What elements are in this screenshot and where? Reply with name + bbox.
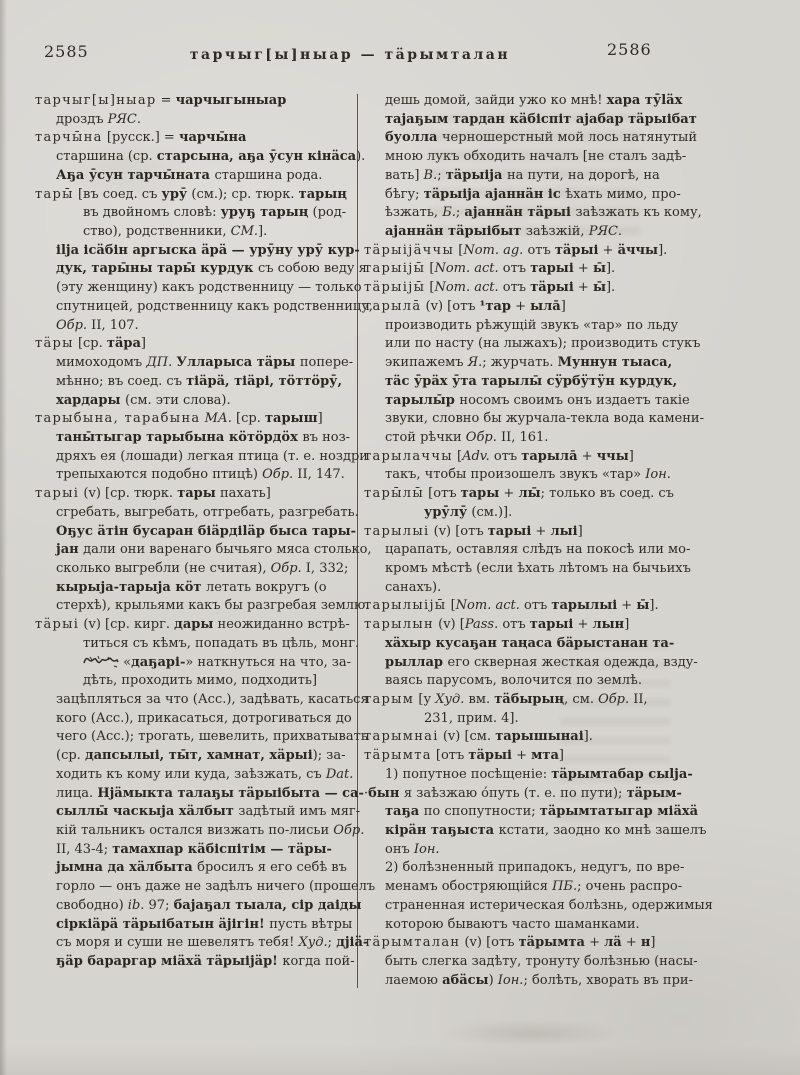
dict-text-segment: II, 107.	[87, 318, 139, 333]
dict-line: мимоходомъ ДП. Улларыса тӓры попере-	[35, 354, 355, 373]
dict-text-segment: тӓрыіjӓччы	[364, 243, 454, 258]
dict-text-segment: jымна да хӓлбыта	[56, 860, 197, 875]
dict-text-segment: тарылыі	[551, 598, 617, 613]
dict-line: 2) болѣзненный припадокъ, недугъ, по вре…	[364, 859, 666, 878]
dict-text-segment: ].	[658, 243, 667, 258]
dict-text-segment: таҕа	[385, 804, 424, 819]
dict-line: тӓрыі (v) [ср. кирг. дары неожиданно вст…	[35, 616, 355, 635]
dict-text-segment: (см.); ср. тюрк.	[187, 187, 298, 202]
dict-text-segment: [ср.	[232, 411, 265, 426]
dict-text-segment: тарыі	[35, 486, 79, 501]
dict-line: тӓрыіjы̄ [Nom. act. отъ тӓрыі + ы̄].	[364, 279, 666, 298]
dict-text-segment: онъ	[385, 842, 414, 857]
dict-line: тӓры [ср. тӓра]	[35, 335, 355, 354]
dict-text-segment: горло — онъ даже не задѣлъ ничего (проше…	[56, 879, 375, 894]
dict-text-segment: тарышынаі	[495, 729, 583, 744]
dict-text-segment: » наткнуться на что, за-	[185, 655, 351, 670]
dict-text-segment: тарың	[299, 187, 347, 202]
dict-text-segment: сгребать, выгребать, отгребать, разгреба…	[56, 505, 359, 520]
dict-line: рыллар его скверная жесткая одежда, взду…	[364, 654, 666, 673]
dict-text-segment: РЯС.	[589, 224, 622, 239]
dict-line: титься съ кѣмъ, попадать въ цѣль, монг.	[35, 635, 355, 654]
dict-text-segment: ; журчать.	[482, 355, 557, 370]
dict-text-segment: СМ.	[231, 224, 258, 239]
dict-text-segment: тарыі	[530, 261, 574, 276]
dict-text-segment: (ср.	[56, 748, 85, 763]
dict-line: Аҕа ӯсун тарчы̄ната старшина рода.	[35, 167, 355, 186]
dict-line: буолла черношерстный мой лось натянутый	[364, 129, 666, 148]
dict-line: лаемою абӓсы) Іон.; болѣть, хворать въ п…	[364, 972, 666, 991]
dict-text-segment: уруҕ тарың	[221, 205, 309, 220]
dict-text-segment: +	[574, 261, 593, 276]
dict-text-segment: Іон.	[498, 973, 524, 988]
dict-text-segment: Nom. act.	[434, 261, 498, 276]
dict-line: тӓрыіjӓччы [Nom. ag. отъ тӓрыі + ӓччы].	[364, 242, 666, 261]
dict-text-segment: кромъ мѣстѣ (если ѣхать лѣтомъ на бычьих…	[385, 561, 691, 576]
dict-text-segment: попере-	[300, 355, 353, 370]
dict-line: хардары (см. эти слова).	[35, 392, 355, 411]
dict-text-segment: отъ	[523, 243, 555, 258]
dict-text-segment: Обр.	[262, 467, 293, 482]
dict-text-segment: [отъ	[424, 486, 461, 501]
dict-text-segment: дапсылыі, ты̄т, хамнат, хӓрыі	[85, 748, 313, 763]
dict-text-segment: ѣхать мимо, про-	[565, 187, 681, 202]
dict-line: «даҕарі-» наткнуться на что, за-	[35, 654, 355, 673]
dict-text-segment: ]	[629, 449, 634, 464]
dict-line: тарылыіjы̄ [Nom. act. отъ тарылыі + ы̄].	[364, 597, 666, 616]
dict-text-segment: тарыла̄	[521, 449, 577, 464]
dict-text-segment: вм.	[464, 692, 494, 707]
dict-text-segment: +	[512, 748, 531, 763]
dict-line: санахъ).	[364, 579, 666, 598]
dict-text-segment: бѣгу;	[385, 187, 424, 202]
dict-text-segment: (v) [отъ	[421, 299, 479, 314]
dict-line: бѣгу; тӓрыіjа аjаннӓн іс ѣхать мимо, про…	[364, 186, 666, 205]
dict-text-segment: бын	[368, 786, 404, 801]
dict-text-segment: +	[622, 935, 641, 950]
dict-text-segment: ы̄	[636, 598, 649, 613]
dict-text-segment: черношерстный мой лось натянутый	[442, 130, 697, 145]
dict-text-segment: тӓры	[35, 336, 74, 351]
dict-text-segment: быть слегка задѣту, тронуту болѣзнью (на…	[385, 954, 698, 969]
dict-text-segment: Dat.	[326, 767, 354, 782]
dict-text-segment: МА.	[205, 411, 232, 426]
dict-text-segment: ыла̄	[530, 299, 561, 314]
dict-line: онъ Іон.	[364, 841, 666, 860]
dict-line: тарыбына, тарабына МА. [ср. тарыш]	[35, 410, 355, 429]
dict-line: ·бын я заѣзжаю о́путь (т. е. по пути); т…	[364, 785, 666, 804]
dict-line: стой рѣчки Обр. II, 161.	[364, 429, 666, 448]
dict-text-segment: на пути, на дорогѣ, на	[507, 168, 660, 183]
dict-line: тӓрымталан (v) [отъ тӓрымта + лӓ + н]	[364, 934, 666, 953]
page-header-title: тарчыг[ы]ныар — тӓрымталан	[35, 47, 665, 63]
dict-text-segment: его скверная жесткая одежда, взду-	[448, 655, 698, 670]
dict-text-segment: отъ	[499, 261, 531, 276]
dict-text-segment: менамъ обостряющійся	[385, 879, 552, 894]
dict-text-segment: (род-	[308, 205, 346, 220]
dict-text-segment: ӓччы	[618, 243, 659, 258]
dict-text-segment: отъ	[499, 280, 531, 295]
dict-text-segment: даҕарі-	[131, 655, 185, 670]
dict-line: jан дали они варенаго бычьяго мяса столь…	[35, 541, 355, 560]
dict-text-segment: пусть вѣтры	[269, 917, 352, 932]
dict-text-segment: тӓрыі	[35, 617, 79, 632]
dict-text-segment: экипажемъ	[385, 355, 468, 370]
dict-text-segment: тіӓрӓ, тіӓрі, тӧттӧрӯ,	[186, 374, 342, 389]
dict-text-segment: тӓрым-	[627, 786, 682, 801]
dict-line: аjаннӓн тӓрыібыт заѣзжій, РЯС.	[364, 223, 666, 242]
dict-text-segment: +	[531, 524, 550, 539]
dict-line: которою бываютъ часто шаманками.	[364, 916, 666, 935]
dict-text-segment: стой рѣчки	[385, 430, 466, 445]
dict-line: (ср. дапсылыі, ты̄т, хамнат, хӓрыі); за-	[35, 747, 355, 766]
dict-line: мѣнно; въ соед. съ тіӓрӓ, тіӓрі, тӧттӧрӯ…	[35, 373, 355, 392]
dict-line: тарчы̄на [русск.] = чарчы̄на	[35, 129, 355, 148]
dict-line: ҕӓр бараргар міӓхӓ тӓрыіjӓр! когда пой-	[35, 953, 355, 972]
dict-text-segment: (см. эти слова).	[125, 393, 231, 408]
dict-text-segment: санахъ).	[385, 580, 441, 595]
dict-text-segment: ДП.	[146, 355, 172, 370]
dict-text-segment: тарылы̄р	[385, 393, 459, 408]
dict-text-segment: тарыла̄	[364, 299, 421, 314]
dict-text-segment: таны̄тыгар тарыбына кӧтӧрдӧх	[56, 430, 302, 445]
dict-text-segment: или по насту (на лыжахъ); производить ст…	[385, 336, 700, 351]
dict-text-segment: +	[585, 935, 604, 950]
dict-line: старшина (ср. старсына, аҕа ӯсун кінӓса)…	[35, 148, 355, 167]
dict-text-segment: тарыіjы̄	[364, 261, 425, 276]
dict-line: jымна да хӓлбыта бросилъ я его себѣ въ	[35, 859, 355, 878]
dict-text-segment: тарылыіjы̄	[364, 598, 446, 613]
dict-text-segment: звуки, словно бы журчала-текла вода каме…	[385, 411, 704, 426]
dict-text-segment: дроздъ	[56, 112, 108, 127]
dict-text-segment: старшина (ср.	[56, 149, 157, 164]
dict-text-segment: ѣзжать,	[385, 205, 442, 220]
dict-text-segment: буолла	[385, 130, 442, 145]
dict-text-segment: ы̄	[593, 280, 606, 295]
dict-text-segment: тарчыг[ы]ныар	[35, 93, 157, 108]
dict-line: кромъ мѣстѣ (если ѣхать лѣтомъ на бычьих…	[364, 560, 666, 579]
dict-text-segment: дары	[174, 617, 213, 632]
dict-text-segment: заѣзжать къ кому,	[576, 205, 702, 220]
dict-text-segment: такъ, чтобы произошелъ звукъ «тар»	[385, 467, 645, 482]
dict-line: вать] В.; тӓрыіjа на пути, на дорогѣ, на	[364, 167, 666, 186]
dict-text-segment: РЯС.	[108, 112, 141, 127]
dict-text-segment: лица.	[56, 786, 97, 801]
dict-text-segment: хӓхыр кусаҕан таңаса бӓрыстанан та-	[385, 636, 674, 651]
dict-text-segment: тарылын	[364, 617, 434, 632]
dict-line: іljа ісӓбін аргыска ӓрӓ — урӯну урӯ кур-	[35, 242, 355, 261]
dict-text-segment: тӓрыі	[468, 748, 512, 763]
dict-text-segment: которою бываютъ часто шаманками.	[385, 917, 640, 932]
dict-line: сгребать, выгребать, отгребать, разгреба…	[35, 504, 355, 523]
dict-text-segment: Іон.	[645, 467, 671, 482]
dict-text-segment: вать]	[385, 168, 424, 183]
dict-text-segment: тӓрыіjа	[446, 168, 507, 183]
dict-text-segment: когда пой-	[282, 954, 354, 969]
dict-text-segment: сыллы̄ часкыjа хӓлбыт	[56, 804, 238, 819]
dict-text-segment: старшина рода.	[215, 168, 323, 183]
dict-text-segment: (см.)].	[467, 505, 512, 520]
dict-text-segment: трепыхаются подобно птицѣ)	[56, 467, 262, 482]
dict-line: лица. Нjӓмыкта талаҕы тӓрыібыта — са-	[35, 785, 355, 804]
dict-text-segment: Adv.	[462, 449, 490, 464]
dict-text-segment: II, 161.	[497, 430, 549, 445]
dict-text-segment: I, 332;	[302, 561, 349, 576]
dict-text-segment: съ моря и суши не шевелятъ тебя!	[56, 935, 299, 950]
dict-line: спутницей, родственницу какъ родственниц…	[35, 298, 355, 317]
dict-line: кырыjа-тарыjа кӧт летать вокругъ (о	[35, 579, 355, 598]
dict-text-segment: Обр.	[333, 823, 364, 838]
dict-line: дряхъ ея (лошади) легкая птица (т. е. но…	[35, 448, 355, 467]
dict-text-segment: лын	[592, 617, 624, 632]
dict-text-segment: лаемою	[385, 973, 442, 988]
dict-line: тарыі (v) [ср. тюрк. тары пахать]	[35, 485, 355, 504]
dict-text-segment: ].	[584, 729, 593, 744]
dict-text-segment: Б.	[442, 205, 456, 220]
dict-line: дук, тары̄ны тары̄ курдук съ собою веду …	[35, 260, 355, 279]
dict-line: ѣзжать, Б.; аjаннӓн тӓрыі заѣзжать къ ко…	[364, 204, 666, 223]
dict-line: сіркіӓрӓ тӓрыібатын ӓjігін! пусть вѣтры	[35, 916, 355, 935]
dict-text-segment: тарчы̄на	[35, 130, 103, 145]
dict-text-segment: ]	[624, 617, 629, 632]
dict-line: кого (Асс.), прикасаться, дотрогиваться …	[35, 710, 355, 729]
dict-text-segment: тӓрыіjа аjаннӓн іс	[424, 187, 566, 202]
dict-line: производить рѣжущій звукъ «тар» по льду	[364, 317, 666, 336]
dict-line: тарылын (v) [Pass. отъ тарыі + лын]	[364, 616, 666, 635]
dict-line: звуки, словно бы журчала-текла вода каме…	[364, 410, 666, 429]
dict-text-segment: Nom. act.	[434, 280, 498, 295]
left-column: тарчыг[ы]ныар = чарчыгыныардроздъ РЯС.та…	[35, 92, 355, 972]
dict-line: урӯлӯ (см.)].	[364, 504, 666, 523]
dict-text-segment: ы̄	[593, 261, 606, 276]
dict-line: таны̄тыгар тарыбына кӧтӧрдӧх въ ноз-	[35, 429, 355, 448]
dict-line: сыллы̄ часкыjа хӓлбыт задѣтый имъ мяг-	[35, 803, 355, 822]
dict-text-segment: тӓрымтабар сыlja-	[551, 767, 693, 782]
dict-text-segment: тарыі	[488, 524, 532, 539]
dict-line: таjаҕым тардан кӓбіспіт аjабар тӓрыібат	[364, 111, 666, 130]
dict-text-segment: тӓрыі	[530, 280, 574, 295]
dict-text-segment: ; болѣть, хворать въ при-	[523, 973, 693, 988]
dict-line: 231, прим. 4].	[364, 710, 666, 729]
dict-text-segment: тӓрыі	[555, 243, 599, 258]
dict-text-segment: Обр.	[271, 561, 302, 576]
dict-text-segment: спутницей, родственницу какъ родственниц…	[56, 299, 373, 314]
dict-text-segment: тӓрымта	[519, 935, 585, 950]
dict-line: тарымнаі (v) [см. тарышынаі].	[364, 728, 666, 747]
dict-text-segment: [ср.	[74, 336, 107, 351]
dict-line: быть слегка задѣту, тронуту болѣзнью (на…	[364, 953, 666, 972]
dict-text-segment: чарчыгыныар	[176, 93, 287, 108]
dict-text-segment: ]	[559, 748, 564, 763]
dict-text-segment: дали они варенаго бычьяго мяса столько,	[83, 542, 371, 557]
dict-text-segment: [отъ	[432, 748, 469, 763]
dict-text-segment: «	[119, 655, 131, 670]
dict-text-segment: абӓсы	[442, 973, 488, 988]
dict-text-segment: 231, прим. 4].	[424, 711, 519, 726]
dict-text-segment: (v) [ср. кирг.	[79, 617, 174, 632]
dict-text-segment: Оҕус ӓтін бусаран біӓрдіlӓр быса тары-	[56, 524, 356, 539]
dict-text-segment: отъ	[490, 449, 522, 464]
dict-text-segment: летать вокругъ (о	[206, 580, 327, 595]
dict-text-segment: рыллар	[385, 655, 448, 670]
dict-text-segment: носомъ своимъ онъ издаетъ такіе	[459, 393, 689, 408]
dict-text-segment: ].	[606, 261, 615, 276]
dict-text-segment: урӯлӯ	[424, 505, 467, 520]
dict-text-segment: +	[499, 486, 518, 501]
dict-line: тӓрымта [отъ тӓрыі + мта]	[364, 747, 666, 766]
dict-text-segment: (v) [см.	[439, 729, 495, 744]
dict-text-segment: дряхъ ея (лошади) легкая птица (т. е. но…	[56, 449, 368, 464]
dict-text-segment: [русск.] =	[103, 130, 179, 145]
dict-text-segment: , см.	[564, 692, 598, 707]
dict-text-segment: Nom. act.	[456, 598, 520, 613]
dict-text-segment: ]	[650, 935, 655, 950]
dict-line: съ моря и суши не шевелятъ тебя! Худ.; д…	[35, 934, 355, 953]
dict-line: стерхѣ), крыльями какъ бы разгребая земл…	[35, 597, 355, 616]
dict-text-segment: II,	[629, 692, 648, 707]
dict-text-segment: ; очень распро-	[577, 879, 682, 894]
dict-text-segment: тары	[177, 486, 216, 501]
dict-text-segment: тӓрыіjы̄	[364, 280, 425, 295]
dict-text-segment: кырыjа-тарыjа кӧт	[56, 580, 206, 595]
dict-text-segment: ччы	[597, 449, 629, 464]
dict-text-segment: тарылаччы	[364, 449, 453, 464]
dict-line: дроздъ РЯС.	[35, 111, 355, 130]
dict-text-segment: тарымнаі	[364, 729, 439, 744]
dict-text-segment: +	[598, 243, 617, 258]
dict-text-segment: ); за-	[313, 748, 346, 763]
dict-line: тарчыг[ы]ныар = чарчыгыныар	[35, 92, 355, 111]
dict-text-segment: ]	[141, 336, 146, 351]
dict-text-segment: ].	[606, 280, 615, 295]
dict-line: тӓс ӯрӓх ӯта тарылы̄ сӱрбӱтӱн курдук,	[364, 373, 666, 392]
dict-text-segment: ]	[561, 299, 566, 314]
dict-text-segment: )	[489, 973, 498, 988]
dict-text-segment: (v) [ср. тюрк.	[79, 486, 177, 501]
dict-line: 1) попутное посѣщеніе: тӓрымтабар сыlja-	[364, 766, 666, 785]
dict-text-segment: (v) [	[434, 617, 465, 632]
dict-text-segment: +	[578, 449, 597, 464]
dict-line: тарыіjы̄ [Nom. act. отъ тарыі + ы̄].	[364, 260, 666, 279]
dict-text-segment: свободно)	[56, 898, 128, 913]
dict-line: ство), родственники, СМ.].	[35, 223, 355, 242]
dict-text-segment: =	[157, 93, 176, 108]
dict-line: Оҕус ӓтін бусаран біӓрдіlӓр быса тары-	[35, 523, 355, 542]
dict-text-segment: тӓра	[107, 336, 141, 351]
dict-text-segment: хардары	[56, 393, 125, 408]
dict-text-segment: ]	[318, 411, 323, 426]
dict-text-segment: производить рѣжущій звукъ «тар» по льду	[385, 318, 678, 333]
dict-line: чего (Асс.); трогать, шевелить, прихваты…	[35, 728, 355, 747]
dict-line: (эту женщину) какъ родственницу — только	[35, 279, 355, 298]
dict-text-segment: (v) [отъ	[460, 935, 518, 950]
dict-line: дѣть, проходить мимо, подходить]	[35, 672, 355, 691]
dict-text-segment: Іон.	[414, 842, 440, 857]
dict-text-segment: Pass.	[465, 617, 498, 632]
dict-line: Обр. II, 107.	[35, 317, 355, 336]
dict-text-segment: 2) болѣзненный припадокъ, недугъ, по вре…	[385, 860, 684, 875]
dict-text-segment: іljа ісӓбін аргыска ӓрӓ — урӯну урӯ кур-	[56, 243, 360, 258]
dict-text-segment: ¹тар	[480, 299, 511, 314]
page-number-right: 2586	[607, 40, 652, 59]
dict-text-segment: урӯ	[162, 187, 188, 202]
dict-line: тарылыі (v) [отъ тарыі + лыі]	[364, 523, 666, 542]
dict-text-segment: +	[574, 280, 593, 295]
dict-text-segment: кого (Асс.), прикасаться, дотрогиваться …	[56, 711, 352, 726]
dict-text-segment: II, 147.	[293, 467, 345, 482]
dict-text-segment: +	[511, 299, 530, 314]
dict-text-segment: Обр.	[56, 318, 87, 333]
dict-text-segment: лӓ	[604, 935, 622, 950]
dict-text-segment: В.	[424, 168, 438, 183]
dict-text-segment: (v) [отъ	[429, 524, 487, 539]
dict-text-segment: Худ.	[299, 935, 328, 950]
dict-line: менамъ обостряющійся ПБ.; очень распро-	[364, 878, 666, 897]
dict-text-segment: Nom. ag.	[463, 243, 523, 258]
dict-text-segment: тарым	[364, 692, 414, 707]
dict-text-segment: хара тӯlӓх	[607, 93, 683, 108]
dict-text-segment: я заѣзжаю о́путь (т. е. по пути);	[404, 786, 627, 801]
dict-text-segment: 97;	[144, 898, 173, 913]
dict-text-segment: пахать]	[216, 486, 271, 501]
dict-text-segment: страненная истерическая болѣзнь, одержим…	[385, 898, 713, 913]
dict-text-segment: ].	[649, 598, 658, 613]
dict-line: кій тальникъ остался визжать по-лисьи Об…	[35, 822, 355, 841]
dict-line: царапать, оставляя слѣдъ на покосѣ или м…	[364, 541, 666, 560]
right-column: дешь домой, зайди ужо ко мнѣ! хара тӯlӓх…	[364, 92, 666, 991]
mongolian-script-glyph	[83, 655, 119, 670]
dict-text-segment: ;	[437, 168, 446, 183]
dict-text-segment: тӓрымталан	[364, 935, 460, 950]
dict-text-segment: царапать, оставляя слѣдъ на покосѣ или м…	[385, 542, 690, 557]
dict-line: ходить къ кому или куда, заѣзжать, съ Da…	[35, 766, 355, 785]
dict-text-segment: таjаҕым тардан кӓбіспіт аjабар тӓрыібат	[385, 112, 697, 127]
dict-line: тары̄лы̄ [отъ тары + лы̄; только въ соед…	[364, 485, 666, 504]
dict-text-segment: кій тальникъ остался визжать по-лисьи	[56, 823, 333, 838]
dict-text-segment: отъ	[498, 617, 530, 632]
dict-text-segment: II, 43-4;	[56, 842, 112, 857]
bleed-through-smudge	[440, 1020, 620, 1046]
dict-line: экипажемъ Я.; журчать. Муннун тыаса,	[364, 354, 666, 373]
dict-line: горло — онъ даже не задѣлъ ничего (проше…	[35, 878, 355, 897]
dict-text-segment: бросилъ я его себѣ въ	[197, 860, 347, 875]
dict-text-segment: Муннун тыаса,	[558, 355, 672, 370]
dict-text-segment: тӓс ӯрӓх ӯта тарылы̄ сӱрбӱтӱн курдук,	[385, 374, 677, 389]
dict-text-segment: тары̄лы̄	[364, 486, 424, 501]
dict-text-segment: аjаннӓн тӓрыі	[464, 205, 575, 220]
dict-text-segment: ].	[258, 224, 267, 239]
dict-text-segment: тамахпар кӓбіспітім — тӓры-	[112, 842, 332, 857]
dict-text-segment: 1) попутное посѣщеніе:	[385, 767, 551, 782]
dict-text-segment: ; только въ соед. съ	[541, 486, 674, 501]
dict-text-segment: ство), родственники,	[83, 224, 231, 239]
dict-line: хӓхыр кусаҕан таңаса бӓрыстанан та-	[364, 635, 666, 654]
dict-text-segment: Худ.	[435, 692, 464, 707]
dict-text-segment: по спопутности;	[424, 804, 540, 819]
dict-text-segment: титься съ кѣмъ, попадать въ цѣль, монг.	[83, 636, 359, 651]
dict-text-segment: тӓрымта	[364, 748, 432, 763]
dict-line: мною лукъ обходить началъ [не сталъ задѣ…	[364, 148, 666, 167]
dict-line: тары̄ [въ соед. съ урӯ (см.); ср. тюрк. …	[35, 186, 355, 205]
dict-text-segment: кстати, заодно ко мнѣ зашелъ	[499, 823, 707, 838]
dict-text-segment: отъ	[520, 598, 552, 613]
dict-line: или по насту (на лыжахъ); производить ст…	[364, 335, 666, 354]
dict-text-segment: ваясь парусомъ, волочится по землѣ.	[385, 673, 642, 688]
dict-text-segment: [въ соед. съ	[74, 187, 162, 202]
dict-text-segment: [	[446, 598, 455, 613]
dict-line: дешь домой, зайди ужо ко мнѣ! хара тӯlӓх	[364, 92, 666, 111]
dict-text-segment: сіркіӓрӓ тӓрыібатын ӓjігін!	[56, 917, 269, 932]
